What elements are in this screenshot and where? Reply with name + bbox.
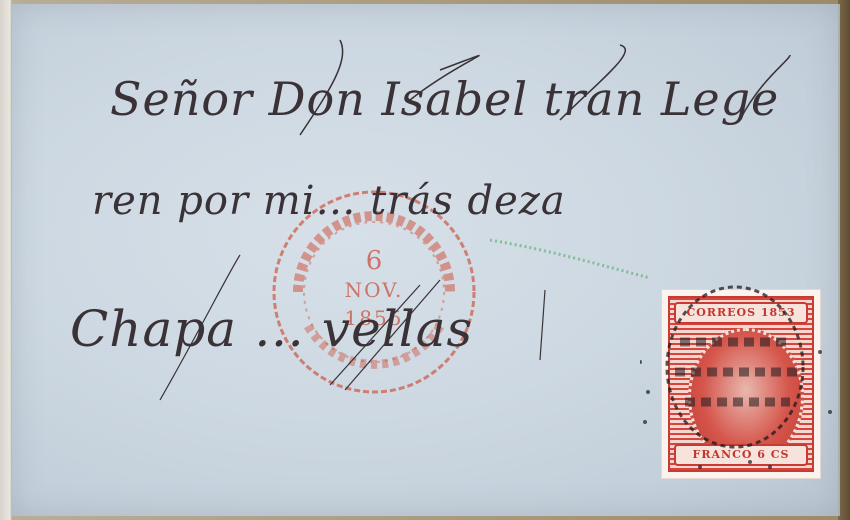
postmark-day: 6: [268, 246, 480, 276]
address-line-2: ren por mi… trás deza: [92, 178, 566, 224]
address-line-1: Señor Don Isabel tran Lege: [110, 72, 779, 126]
black-cancellation-mark: [640, 272, 840, 472]
postmark-month: NOV.: [268, 278, 480, 302]
address-line-3: Chapa … vellas: [70, 300, 473, 358]
